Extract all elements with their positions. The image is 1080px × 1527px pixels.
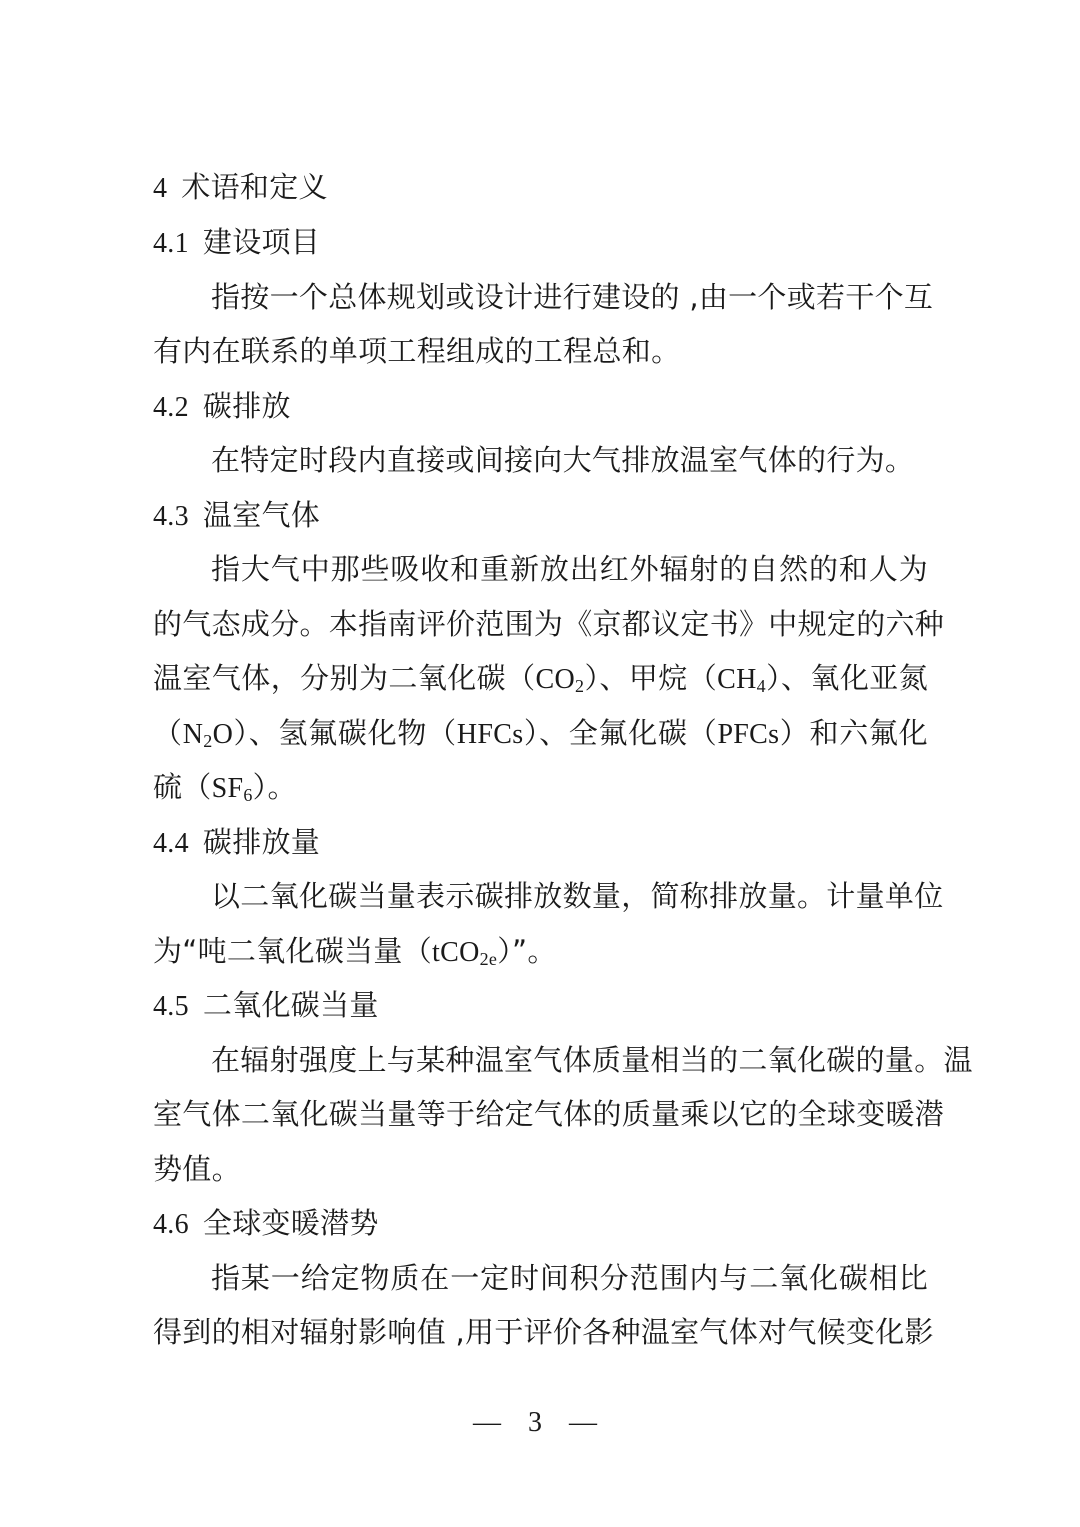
term-number: 4.6: [153, 1209, 189, 1240]
section-number: 4: [153, 173, 167, 204]
term-number: 4.1: [153, 228, 189, 259]
term-definition-4-3-line-1: 指大气中那些吸收和重新放出红外辐射的自然的和人为: [211, 549, 928, 589]
formula-hfcs: HFCs: [457, 719, 524, 750]
term-number: 4.5: [153, 991, 189, 1022]
document-page: 4术语和定义 4.1建设项目 指按一个总体规划或设计进行建设的 ,由一个或若干个…: [0, 0, 1080, 1527]
term-title: 碳排放: [203, 389, 291, 423]
term-definition-4-5-line-3: 势值。: [153, 1149, 928, 1189]
term-definition-4-4-line-2: 为“吨二氧化碳当量（tCO2e）”。: [153, 931, 928, 973]
term-definition-4-3-line-5: 硫（SF6）。: [153, 767, 928, 809]
term-number: 4.3: [153, 501, 189, 532]
term-title: 全球变暖潜势: [203, 1206, 379, 1240]
term-title: 二氧化碳当量: [203, 988, 379, 1022]
term-definition-4-3-line-3: 温室气体，分别为二氧化碳（CO2）、甲烷（CH4）、氧化亚氮: [153, 658, 928, 700]
term-number: 4.4: [153, 828, 189, 859]
term-heading-4-2: 4.2碳排放: [153, 386, 928, 428]
term-definition-4-5-line-1: 在辐射强度上与某种温室气体质量相当的二氧化碳的量。温: [211, 1040, 928, 1080]
term-number: 4.2: [153, 392, 189, 423]
formula-n2o: N2O: [183, 719, 233, 750]
formula-ch4: CH4: [717, 664, 766, 695]
formula-pfcs: PFCs: [717, 719, 779, 750]
term-definition-4-1-line-1: 指按一个总体规划或设计进行建设的 ,由一个或若干个互: [211, 277, 928, 317]
term-definition-4-4-line-1: 以二氧化碳当量表示碳排放数量，简称排放量。计量单位: [211, 876, 928, 916]
term-heading-4-4: 4.4碳排放量: [153, 822, 928, 864]
term-title: 温室气体: [203, 498, 320, 532]
term-definition-4-2-line-1: 在特定时段内直接或间接向大气排放温室气体的行为。: [211, 440, 928, 480]
formula-co2: CO2: [536, 664, 585, 695]
term-definition-4-3-line-4: （N2O）、氢氟碳化物（HFCs）、全氟化碳（PFCs）和六氟化: [153, 713, 928, 755]
term-definition-4-3-line-2: 的气态成分。本指南评价范围为《京都议定书》中规定的六种: [153, 604, 928, 644]
formula-sf6: SF6: [212, 773, 253, 804]
term-title: 碳排放量: [203, 825, 320, 859]
term-definition-4-6-line-2: 得到的相对辐射影响值 ,用于评价各种温室气体对气候变化影: [153, 1312, 928, 1352]
term-definition-4-5-line-2: 室气体二氧化碳当量等于给定气体的质量乘以它的全球变暖潜: [153, 1094, 928, 1134]
section-title: 术语和定义: [181, 170, 328, 204]
term-definition-4-6-line-1: 指某一给定物质在一定时间积分范围内与二氧化碳相比: [211, 1258, 928, 1298]
term-heading-4-1: 4.1建设项目: [153, 222, 928, 264]
term-title: 建设项目: [203, 225, 320, 259]
term-heading-4-5: 4.5二氧化碳当量: [153, 985, 928, 1027]
page-number: — 3 —: [0, 1403, 1080, 1443]
formula-tco2e: tCO2e: [432, 937, 497, 968]
term-definition-4-1-line-2: 有内在联系的单项工程组成的工程总和。: [153, 331, 928, 371]
term-heading-4-3: 4.3温室气体: [153, 495, 928, 537]
section-heading: 4术语和定义: [153, 167, 928, 209]
term-heading-4-6: 4.6全球变暖潜势: [153, 1203, 928, 1245]
